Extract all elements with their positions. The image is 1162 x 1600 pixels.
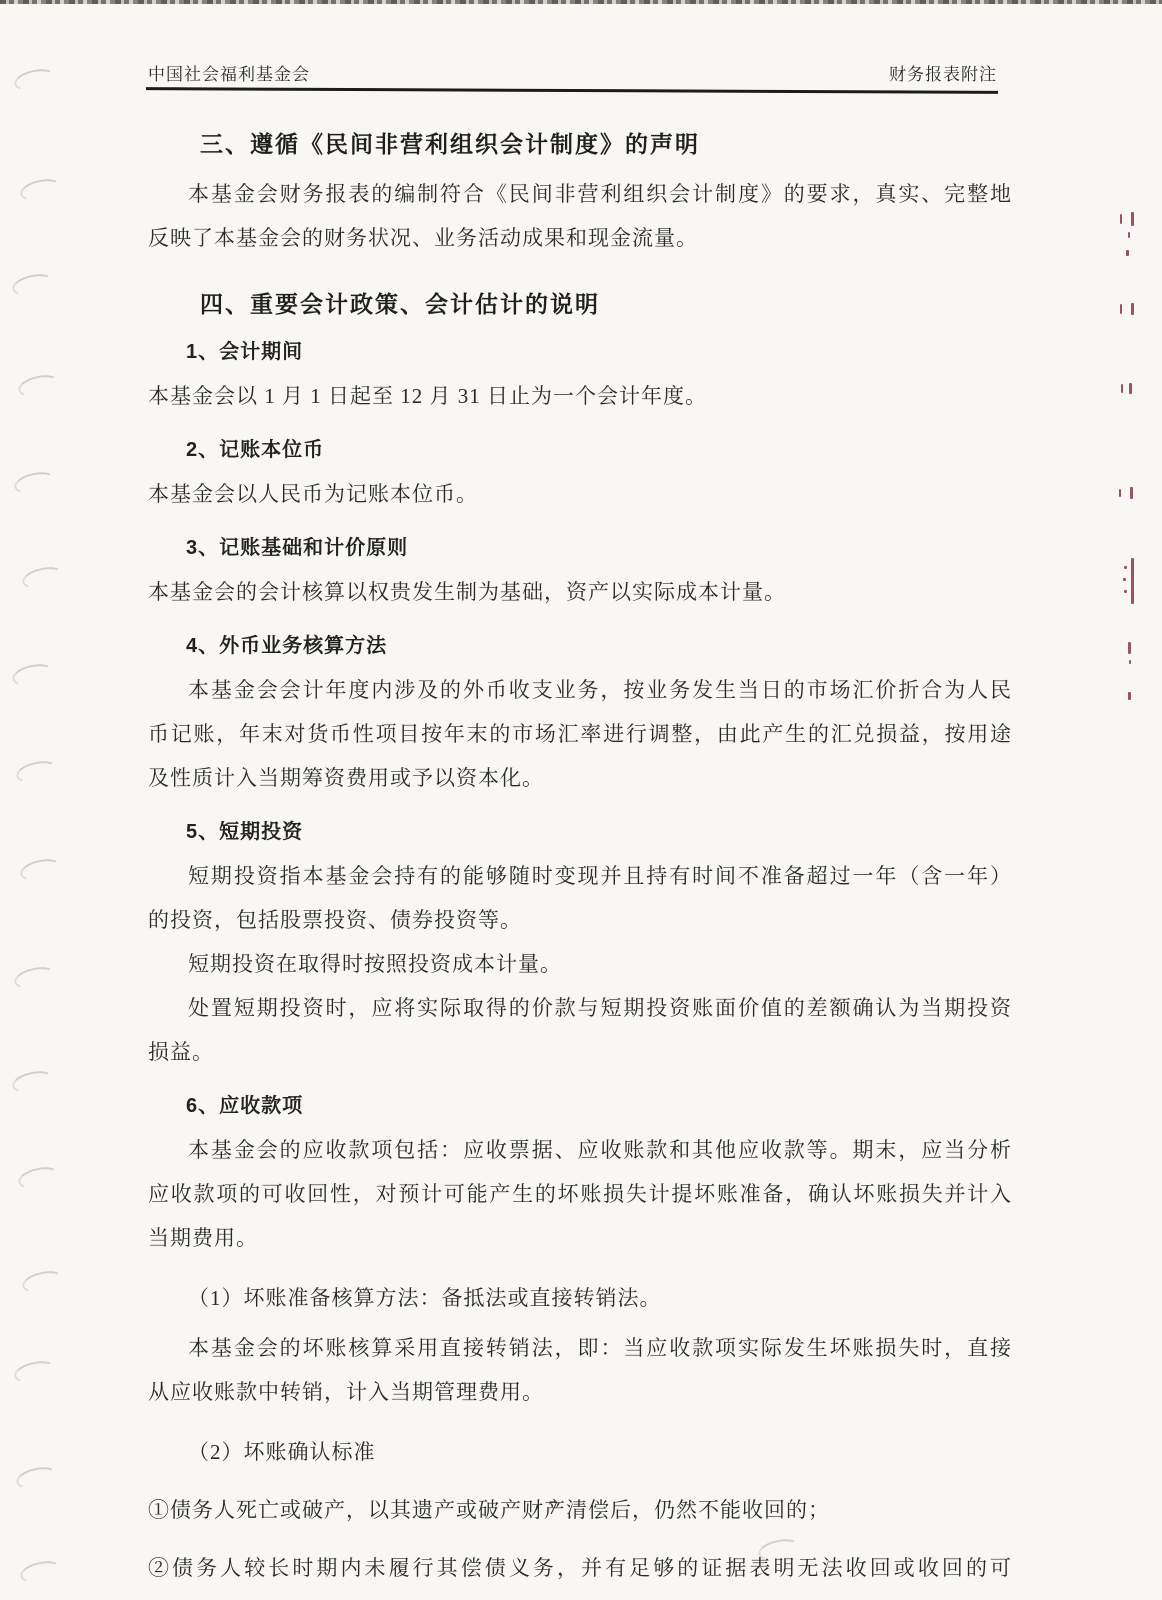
binder-arc-artifact: [20, 1268, 65, 1296]
margin-annotation-artifact: [1119, 489, 1121, 497]
binder-arc-artifact: [20, 564, 65, 592]
margin-annotation-artifact: [1129, 660, 1131, 664]
list-item-circle-2: ②债务人较长时期内未履行其偿债义务，并有足够的证据表明无法收回或收回的可: [148, 1546, 1012, 1590]
binder-arc-artifact: [18, 176, 63, 204]
margin-annotation-artifact: [1128, 642, 1131, 654]
paragraph-line: 处置短期投资时，应将实际取得的价款与短期投资账面价值的差额确认为当期投资: [148, 986, 1012, 1030]
subsection-heading-5: 5、短期投资: [148, 818, 1012, 846]
page-header: 中国社会福利基金会 财务报表附注: [148, 60, 997, 85]
paragraph-line: 从应收账款中转销，计入当期管理费用。: [148, 1370, 1012, 1414]
binder-arc-artifact: [18, 1558, 63, 1586]
paragraph-line: 当期费用。: [148, 1216, 1012, 1260]
binder-arc-artifact: [10, 661, 55, 689]
binder-arc-artifact: [12, 964, 57, 992]
margin-annotation-artifact: [1120, 304, 1122, 314]
page-number: 7: [148, 1498, 958, 1520]
paragraph-line: 损益。: [148, 1030, 1012, 1074]
margin-annotation-artifact: [1129, 383, 1132, 394]
binder-arc-artifact: [16, 1164, 61, 1192]
paragraph-line: 本基金会的坏账核算采用直接转销法，即：当应收款项实际发生坏账损失时，直接: [148, 1326, 1012, 1370]
paragraph-line: 币记账，年末对货币性项目按年末的市场汇率进行调整，由此产生的汇兑损益，按用途: [148, 712, 1012, 756]
paragraph-line: 短期投资在取得时按照投资成本计量。: [148, 942, 1012, 986]
margin-annotation-artifact: [1123, 578, 1126, 581]
binder-arc-artifact: [10, 271, 55, 299]
binder-arc-artifact: [12, 1358, 57, 1386]
margin-annotation-artifact: [1124, 566, 1127, 569]
binder-arc-artifact: [14, 758, 59, 786]
doc-type-label: 财务报表附注: [889, 60, 997, 85]
margin-annotation-artifact: [1128, 692, 1131, 700]
paragraph-line: 的投资，包括股票投资、债券投资等。: [148, 898, 1012, 942]
margin-annotation-artifact: [1126, 250, 1129, 256]
paragraph-line: 本基金会以人民币为记账本位币。: [148, 472, 1012, 516]
header-rule: [146, 87, 998, 94]
subsection-heading-4: 4、外币业务核算方法: [148, 632, 1012, 660]
org-name: 中国社会福利基金会: [148, 60, 310, 85]
paragraph-line: 应收款项的可收回性，对预计可能产生的坏账损失计提坏账准备，确认坏账损失并计入: [148, 1172, 1012, 1216]
document-page: { "header": { "left": "中国社会福利基金会", "righ…: [0, 0, 1162, 1600]
paragraph-line: 反映了本基金会的财务状况、业务活动成果和现金流量。: [148, 216, 1012, 260]
paragraph-line: 本基金会以 1 月 1 日起至 12 月 31 日止为一个会计年度。: [148, 374, 1012, 418]
subsection-heading-1: 1、会计期间: [148, 338, 1012, 366]
margin-annotation-artifact: [1128, 232, 1130, 238]
margin-annotation-artifact: [1131, 303, 1134, 315]
section-heading-3: 三、遵循《民间非营利组织会计制度》的声明: [148, 128, 1012, 160]
margin-annotation-artifact: [1120, 214, 1122, 224]
numbered-item-2: （2）坏账确认标准: [148, 1430, 1012, 1474]
section-heading-4: 四、重要会计政策、会计估计的说明: [148, 288, 1012, 320]
margin-annotation-artifact: [1124, 590, 1127, 593]
binder-arc-artifact: [18, 856, 63, 884]
paragraph-line: 短期投资指本基金会持有的能够随时变现并且持有时间不准备超过一年（含一年）: [148, 854, 1012, 898]
paragraph-line: 及性质计入当期筹资费用或予以资本化。: [148, 756, 1012, 800]
subsection-heading-6: 6、应收款项: [148, 1092, 1012, 1120]
binder-arc-artifact: [16, 372, 61, 400]
document-body: 三、遵循《民间非营利组织会计制度》的声明本基金会财务报表的编制符合《民间非营利组…: [148, 100, 1012, 1590]
binder-arc-artifact: [10, 1068, 55, 1096]
margin-annotation-artifact: [1131, 212, 1134, 226]
margin-annotation-artifact: [1130, 487, 1133, 499]
paragraph-line: 本基金会财务报表的编制符合《民间非营利组织会计制度》的要求，真实、完整地: [148, 172, 1012, 216]
margin-annotation-artifact: [1121, 384, 1123, 393]
paragraph-line: 本基金会的应收款项包括：应收票据、应收账款和其他应收款等。期末，应当分析: [148, 1128, 1012, 1172]
numbered-item-1: （1）坏账准备核算方法：备抵法或直接转销法。: [148, 1276, 1012, 1320]
subsection-heading-3: 3、记账基础和计价原则: [148, 534, 1012, 562]
binder-arc-artifact: [12, 66, 57, 94]
scan-edge-artifact: [0, 0, 1162, 4]
margin-annotation-artifact: [1131, 558, 1134, 604]
subsection-heading-2: 2、记账本位币: [148, 436, 1012, 464]
binder-arc-artifact: [14, 1464, 59, 1492]
paragraph-line: 本基金会的会计核算以权贵发生制为基础，资产以实际成本计量。: [148, 570, 1012, 614]
binder-arc-artifact: [12, 469, 57, 497]
paragraph-line: 本基金会会计年度内涉及的外币收支业务，按业务发生当日的市场汇价折合为人民: [148, 668, 1012, 712]
